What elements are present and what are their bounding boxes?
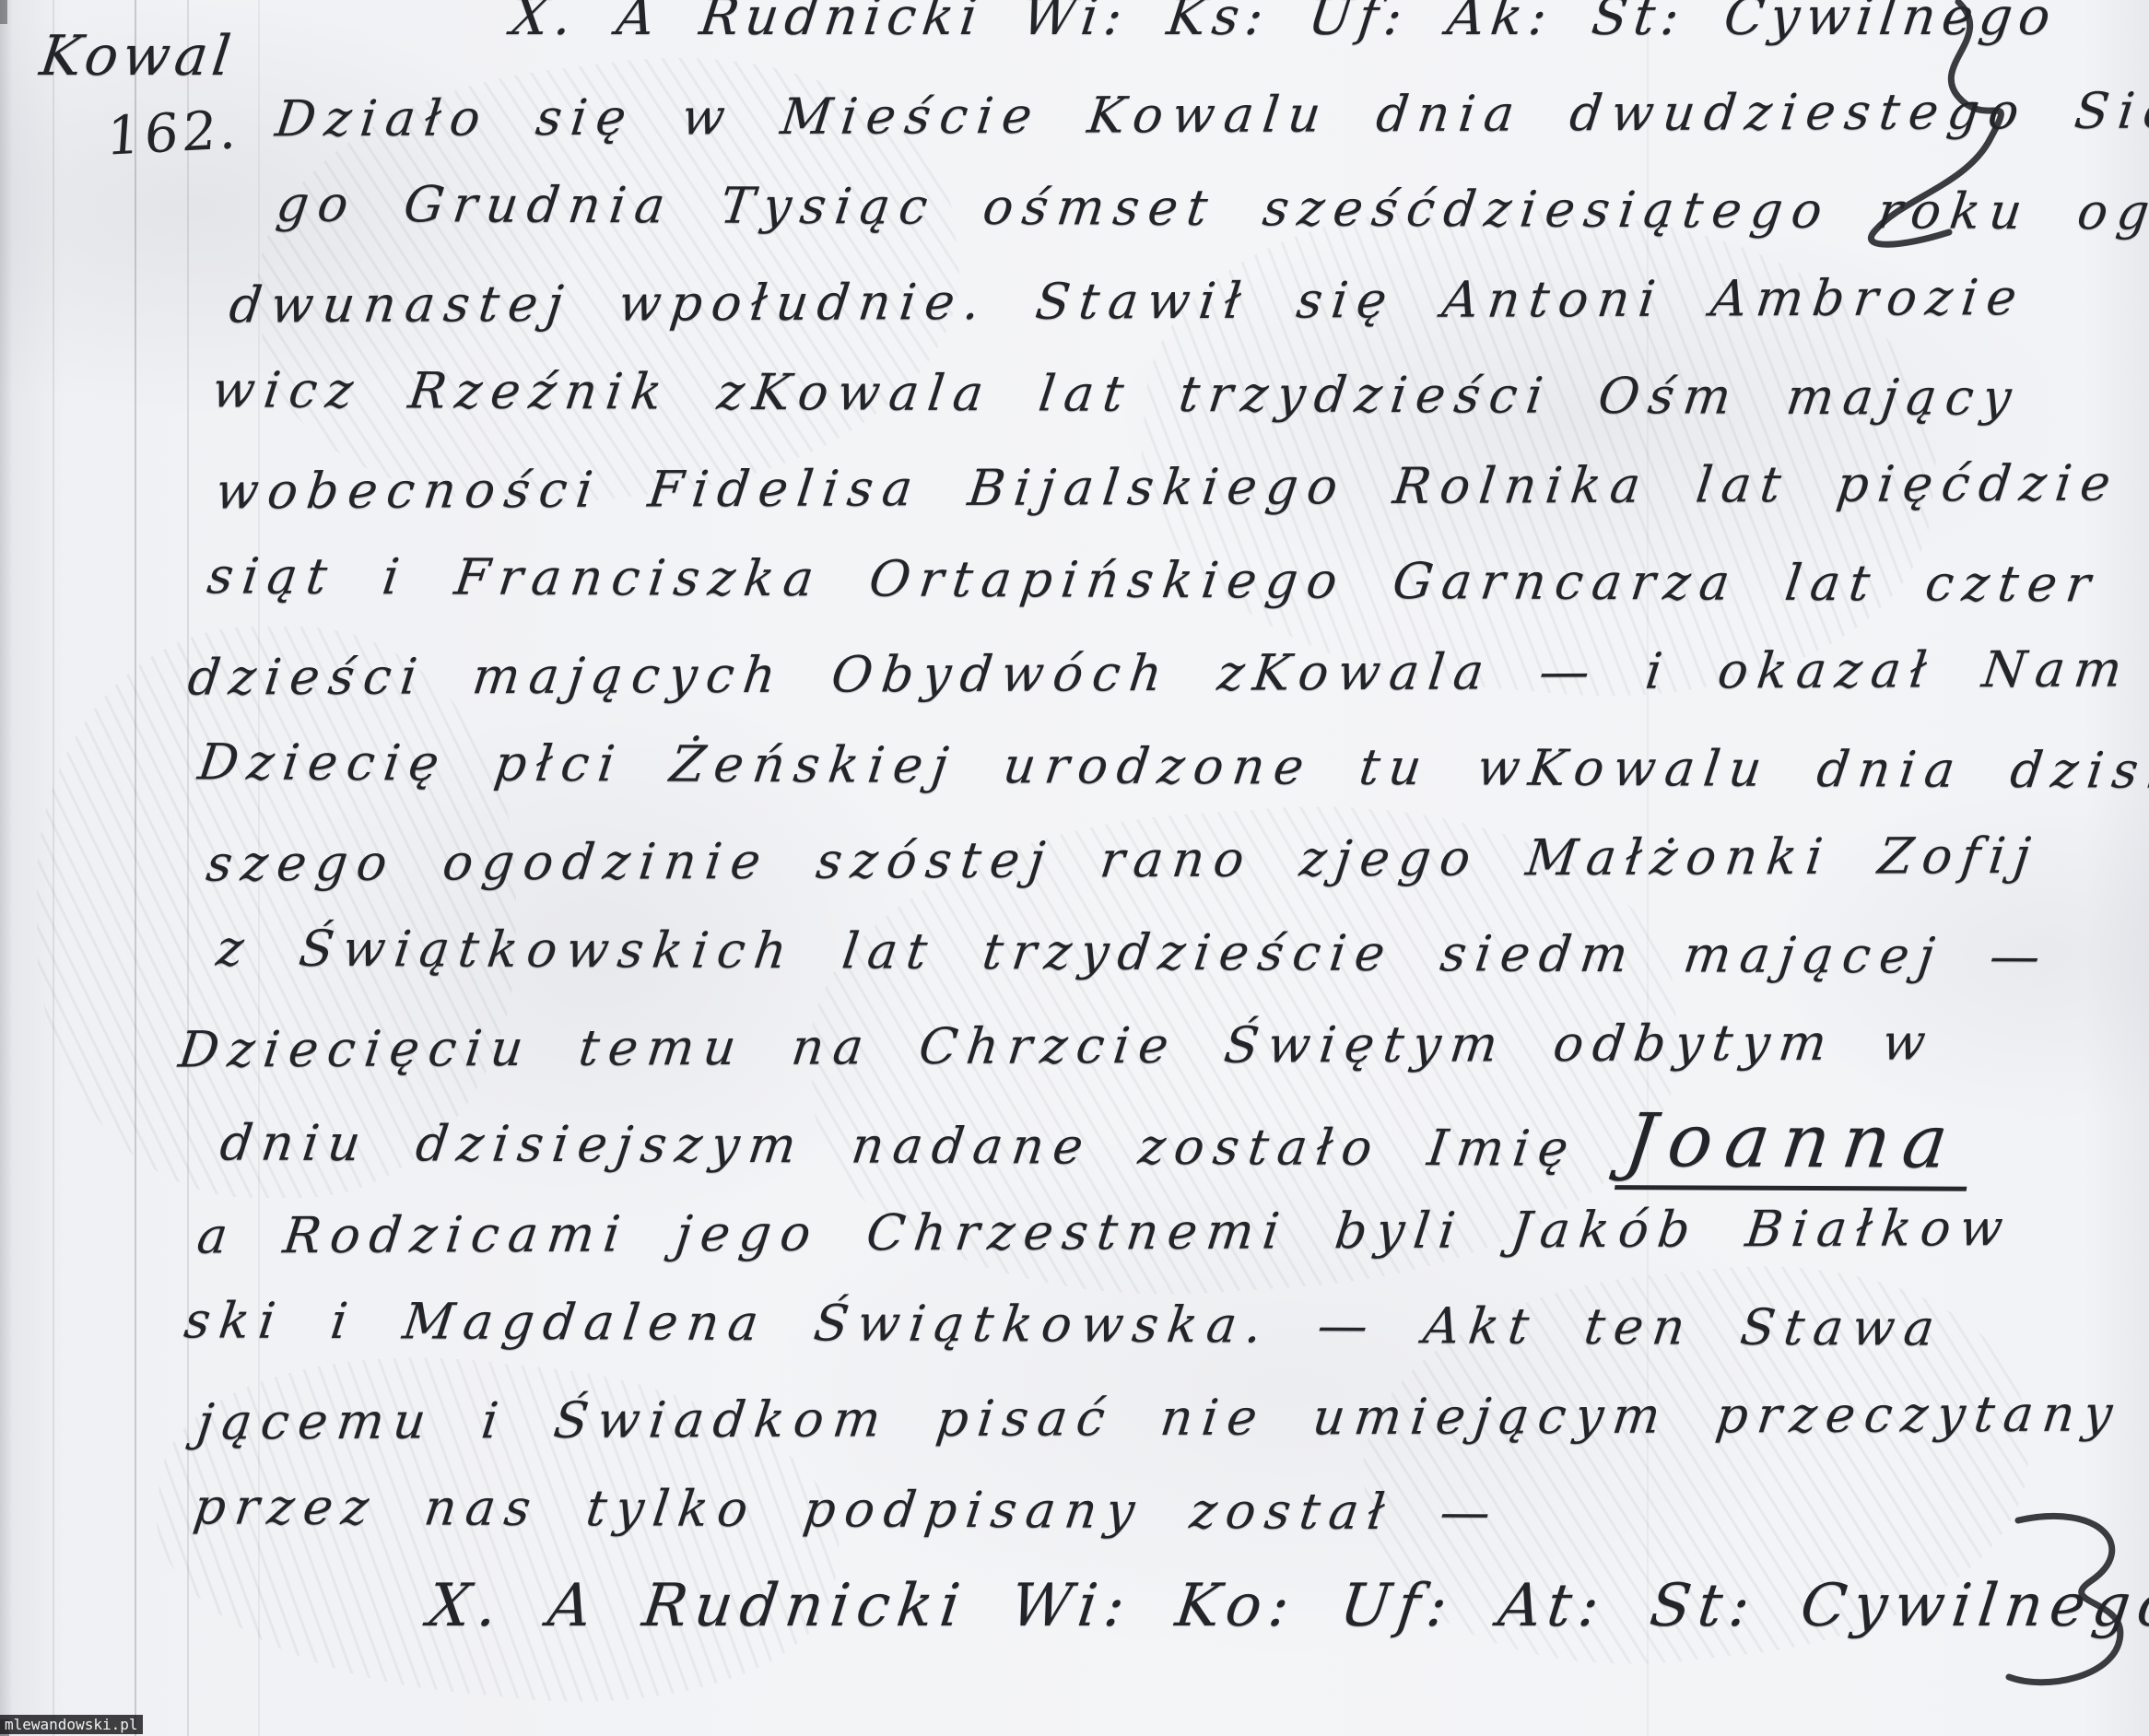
record-line-text: Działo się w Mieście Kowalu dnia dwudzie… (273, 81, 2149, 148)
record-line-text: a Rodzicami jego Chrzestnemi byli Jakób … (194, 1199, 2015, 1265)
record-line: dniu dzisiejszym nadane zostało ImięJoan… (216, 1087, 2148, 1189)
record-line: jącemu i Świadkom pisać nie umiejącym pr… (192, 1367, 2148, 1468)
record-line-text: szego ogodzinie szóstej rano zjego Małżo… (204, 827, 2043, 893)
watermark-label: mlewandowski.pl (0, 1715, 143, 1734)
record-line: wobecności Fidelisa Bijalskiego Rolnika … (210, 436, 2148, 537)
scan-speck (0, 0, 7, 24)
record-line-text: go Grudnia Tysiąc ośmset sześćdziesiąteg… (274, 175, 2149, 242)
record-line-text: dzieści mających Obydwóch zKowala — i ok… (185, 639, 2134, 706)
record-line-text: jącemu i Świadkom pisać nie umiejącym pr… (194, 1385, 2125, 1451)
record-line: go Grudnia Tysiąc ośmset sześćdziesiąteg… (271, 158, 2148, 259)
record-line: z Świątkowskich lat trzydzieście siedm m… (211, 901, 2148, 1003)
record-line: dzieści mających Obydwóch zKowala — i ok… (182, 622, 2148, 723)
record-line: ski i Magdalena Świątkowska. — Akt ten S… (179, 1273, 2148, 1375)
record-line-text: ski i Magdalena Świątkowska. — Akt ten S… (182, 1291, 1947, 1356)
record-line-text: Dziecię płci Żeńskiej urodzone tu wKowal… (195, 733, 2149, 800)
record-line-text: dniu dzisiejszym nadane zostało Imię (217, 1113, 1580, 1177)
child-name: Joanna (1615, 1097, 1979, 1191)
record-line: wicz Rzeźnik zKowala lat trzydzieści Ośm… (206, 343, 2148, 444)
record-line: przez nas tylko podpisany został — (188, 1460, 2148, 1561)
record-line-text: wobecności Fidelisa Bijalskiego Rolnika … (213, 454, 2123, 521)
record-line-text: wicz Rzeźnik zKowala lat trzydzieści Ośm… (209, 360, 2025, 427)
record-line: Działo się w Mieście Kowalu dnia dwudzie… (270, 65, 2148, 166)
record-line-text: Dziecięciu temu na Chrzcie Świętym odbyt… (176, 1013, 1938, 1078)
record-line-text: z Świątkowskich lat trzydzieście siedm m… (214, 919, 2053, 985)
record-line: Dziecię płci Żeńskiej urodzone tu wKowal… (193, 715, 2148, 816)
document-scan: { "record": { "margin_place": "Kowal", "… (0, 0, 2149, 1736)
footer-signature: X. A Rudnicki Wi: Ko: Uf: At: St: Cywiln… (424, 1572, 2149, 1640)
record-body: Działo się w Mieście Kowalu dnia dwudzie… (180, 68, 2143, 1557)
scan-edge-shadow (0, 0, 13, 1736)
record-line: dwunastej wpołudnie. Stawił się Antoni A… (224, 250, 2148, 351)
record-line-text: dwunastej wpołudnie. Stawił się Antoni A… (227, 268, 2029, 334)
record-line: a Rodzicami jego Chrzestnemi byli Jakób … (192, 1180, 2148, 1282)
record-line: siąt i Franciszka Ortapińskiego Garncarz… (202, 529, 2148, 630)
record-line: szego ogodzinie szóstej rano zjego Małżo… (201, 808, 2148, 909)
paraph-flourish (1990, 1493, 2147, 1705)
record-line-text: siąt i Franciszka Ortapińskiego Garncarz… (205, 546, 2103, 613)
record-line-text: przez nas tylko podpisany został — (191, 1477, 1503, 1541)
record-line: Dziecięciu temu na Chrzcie Świętym odbyt… (173, 994, 2148, 1096)
